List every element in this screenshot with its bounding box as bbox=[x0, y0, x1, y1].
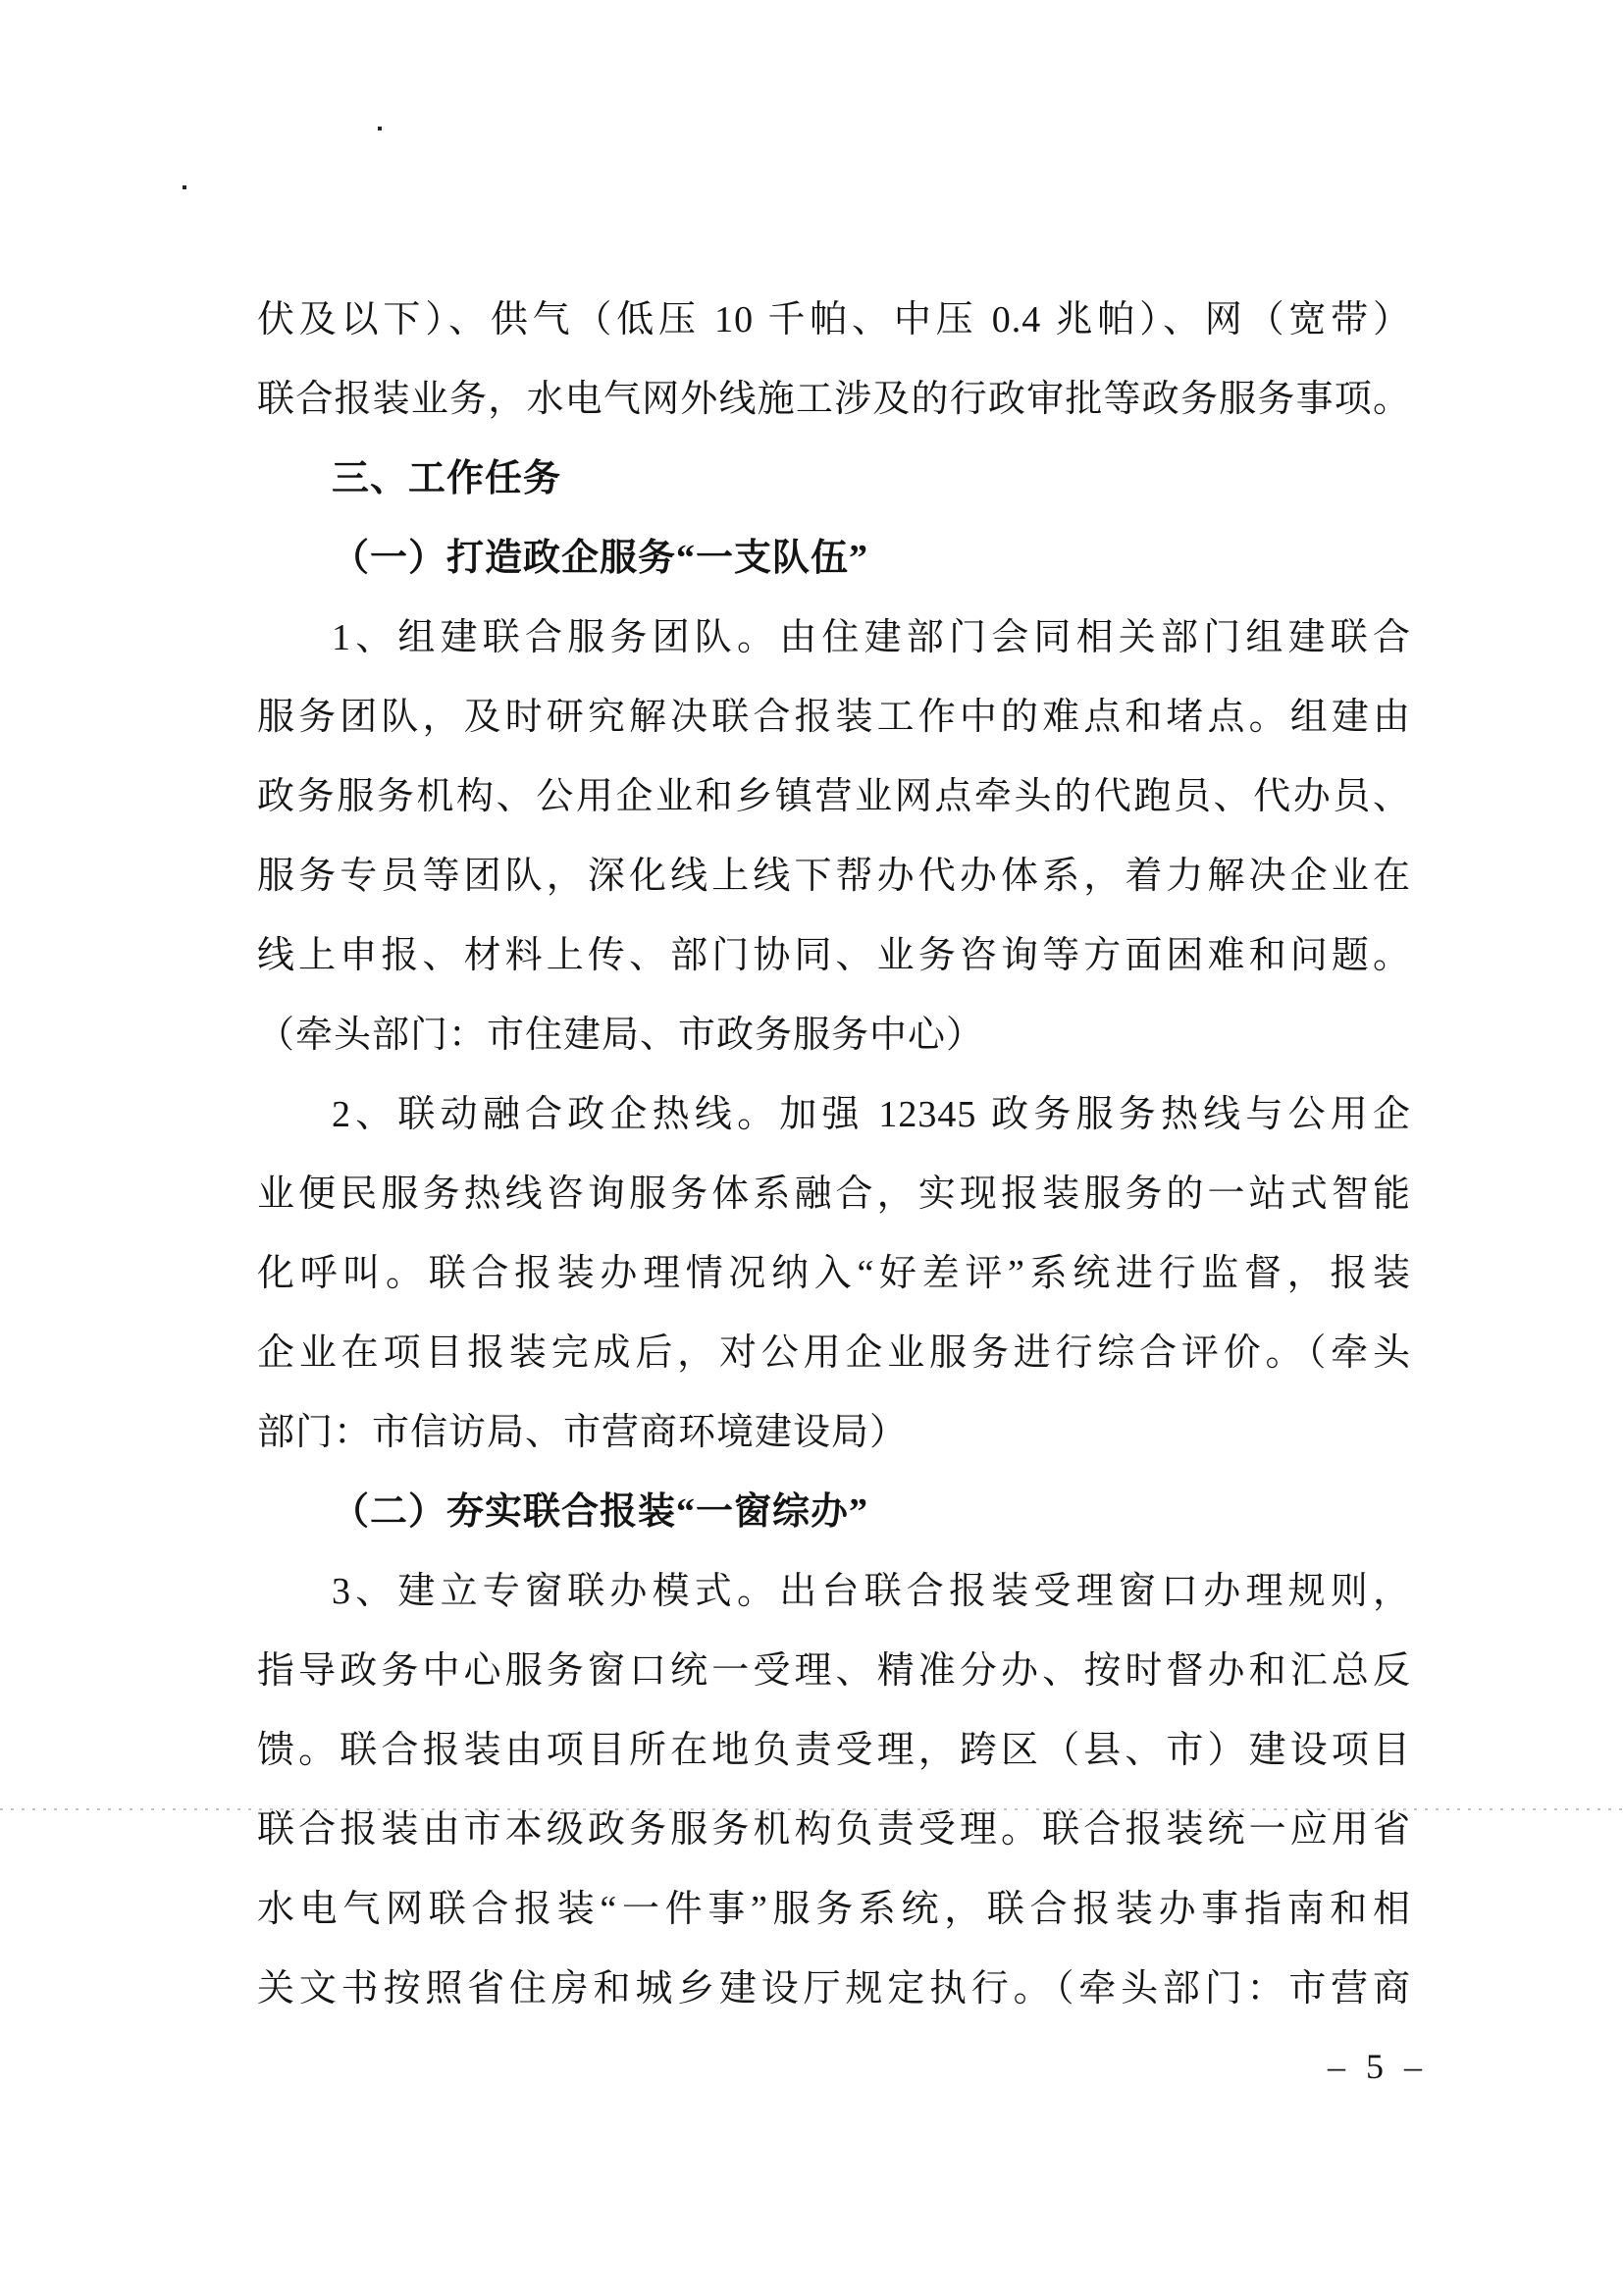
document-body: 伏及以下）、供气（低压 10 千帕、中压 0.4 兆帕）、网（宽带）联合报装业务… bbox=[257, 281, 1411, 2029]
text-line: 业便民服务热线咨询服务体系融合，实现报装服务的一站式智能 bbox=[257, 1155, 1411, 1234]
text-line: 馈。联合报装由项目所在地负责受理，跨区（县、市）建设项目 bbox=[257, 1711, 1411, 1791]
heading-line: （一）打造政企服务“一支队伍” bbox=[257, 519, 1411, 599]
heading-line: （二）夯实联合报装“一窗综办” bbox=[257, 1473, 1411, 1552]
text-line: 政务服务机构、公用企业和乡镇营业网点牵头的代跑员、代办员、 bbox=[257, 757, 1411, 837]
text-line: 联合报装由市本级政务服务机构负责受理。联合报装统一应用省 bbox=[257, 1791, 1411, 1870]
text-line: 3、建立专窗联办模式。出台联合报装受理窗口办理规则， bbox=[257, 1552, 1411, 1632]
document-page: 伏及以下）、供气（低压 10 千帕、中压 0.4 兆帕）、网（宽带）联合报装业务… bbox=[0, 0, 1623, 2296]
heading-line: 三、工作任务 bbox=[257, 440, 1411, 519]
scan-artifact-dotted-line bbox=[0, 1808, 1623, 1810]
text-line: 服务团队，及时研究解决联合报装工作中的难点和堵点。组建由 bbox=[257, 678, 1411, 757]
scan-speck bbox=[183, 185, 186, 189]
page-number: – 5 – bbox=[1328, 2043, 1428, 2090]
text-line: 2、联动融合政企热线。加强 12345 政务服务热线与公用企 bbox=[257, 1075, 1411, 1155]
text-line: 指导政务中心服务窗口统一受理、精准分办、按时督办和汇总反 bbox=[257, 1632, 1411, 1711]
text-line: 1、组建联合服务团队。由住建部门会同相关部门组建联合 bbox=[257, 599, 1411, 678]
text-line: 伏及以下）、供气（低压 10 千帕、中压 0.4 兆帕）、网（宽带） bbox=[257, 281, 1411, 360]
text-line: 部门：市信访局、市营商环境建设局） bbox=[257, 1393, 1411, 1473]
text-line: 水电气网联合报装“一件事”服务系统，联合报装办事指南和相 bbox=[257, 1870, 1411, 1950]
text-line: 联合报装业务，水电气网外线施工涉及的行政审批等政务服务事项。 bbox=[257, 360, 1411, 440]
text-line: 关文书按照省住房和城乡建设厅规定执行。（牵头部门：市营商 bbox=[257, 1950, 1411, 2029]
text-line: （牵头部门：市住建局、市政务服务中心） bbox=[257, 996, 1411, 1075]
text-line: 化呼叫。联合报装办理情况纳入“好差评”系统进行监督，报装 bbox=[257, 1234, 1411, 1314]
text-line: 企业在项目报装完成后，对公用企业服务进行综合评价。（牵头 bbox=[257, 1314, 1411, 1393]
scan-speck bbox=[378, 127, 382, 130]
text-line: 线上申报、材料上传、部门协同、业务咨询等方面困难和问题。 bbox=[257, 916, 1411, 996]
text-line: 服务专员等团队，深化线上线下帮办代办体系，着力解决企业在 bbox=[257, 837, 1411, 916]
